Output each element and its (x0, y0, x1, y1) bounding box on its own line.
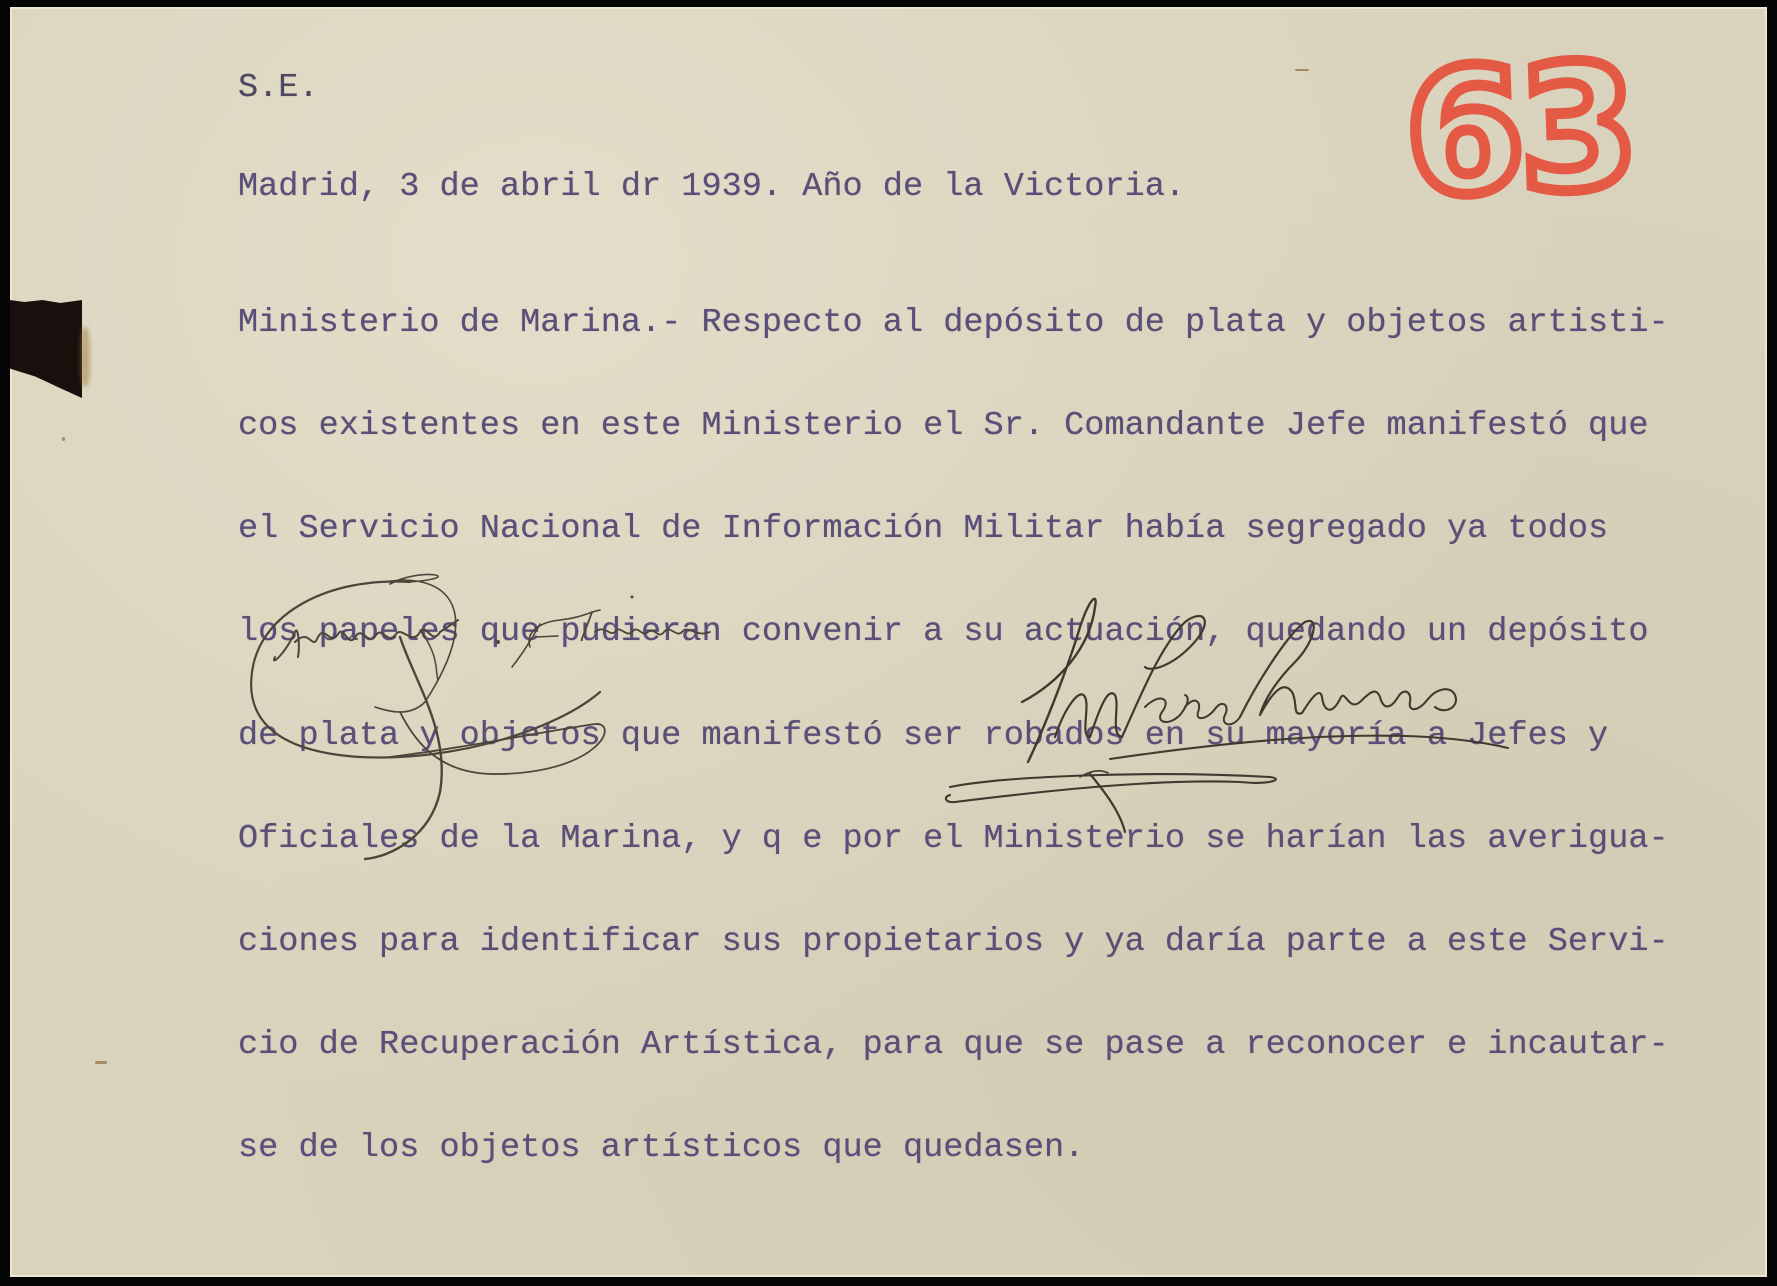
signature-right-strokes (940, 587, 1740, 847)
body-line: se de los objetos artísticos que quedase… (238, 1131, 1669, 1165)
header-code: S.E. (238, 71, 319, 105)
body-line: cio de Recuperación Artística, para que … (238, 1028, 1669, 1062)
stain-mark (80, 327, 90, 387)
body-line: cos existentes en este Ministerio el Sr.… (238, 409, 1669, 443)
body-line: ciones para identificar sus propietarios… (238, 925, 1669, 959)
document-page: S.E. 63 Madrid, 3 de abril dr 1939. Año … (10, 7, 1767, 1277)
paper-speck (95, 1061, 107, 1064)
paper-speck (62, 437, 65, 441)
body-line: Ministerio de Marina.- Respecto al depós… (238, 306, 1669, 340)
page-number-annotation: 63 (1402, 41, 1635, 221)
paper-speck (1295, 69, 1309, 71)
date-line: Madrid, 3 de abril dr 1939. Año de la Vi… (238, 170, 1185, 204)
torn-binding-mark (10, 300, 82, 398)
body-line: el Servicio Nacional de Información Mili… (238, 512, 1669, 546)
signature-right: Ferrer Bueno (signature) (940, 587, 1740, 847)
